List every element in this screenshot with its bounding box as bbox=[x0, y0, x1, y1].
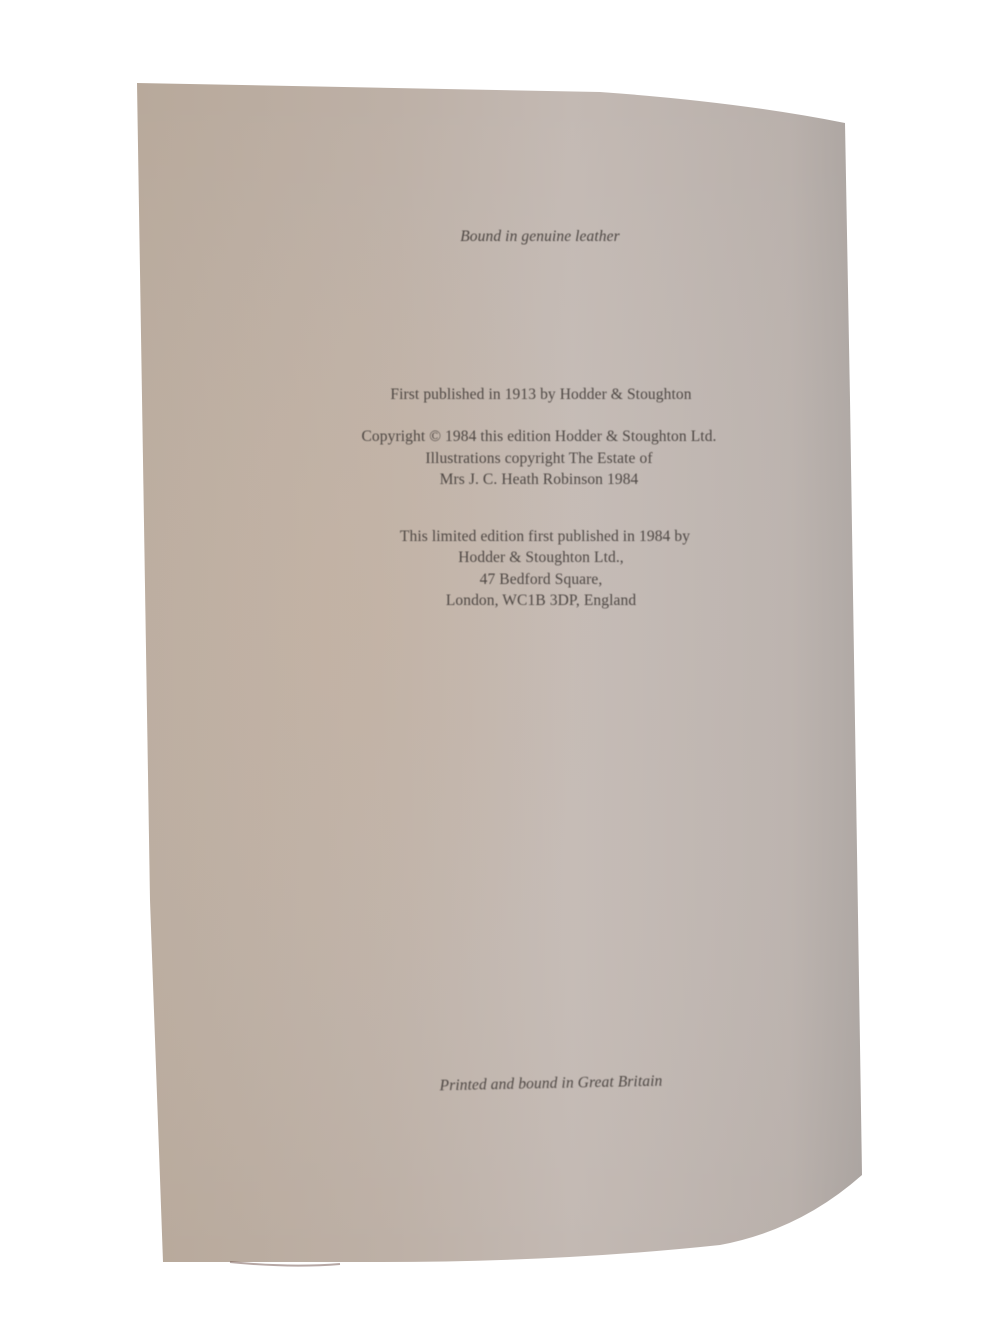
limited-edition-line-1: This limited edition first published in … bbox=[400, 528, 690, 546]
copyright-line-1: Copyright © 1984 this edition Hodder & S… bbox=[361, 428, 716, 446]
limited-edition-line-2: Hodder & Stoughton Ltd., bbox=[458, 549, 624, 567]
copyright-line-2: Illustrations copyright The Estate of bbox=[425, 450, 652, 468]
limited-edition-line-4: London, WC1B 3DP, England bbox=[446, 592, 636, 610]
copyright-page-text: Bound in genuine leather First published… bbox=[0, 0, 1000, 1333]
limited-edition-line-3: 47 Bedford Square, bbox=[480, 571, 603, 589]
copyright-line-3: Mrs J. C. Heath Robinson 1984 bbox=[440, 471, 639, 489]
binding-note: Bound in genuine leather bbox=[460, 228, 620, 246]
first-published-line: First published in 1913 by Hodder & Stou… bbox=[390, 386, 691, 404]
printer-note: Printed and bound in Great Britain bbox=[439, 1073, 662, 1096]
